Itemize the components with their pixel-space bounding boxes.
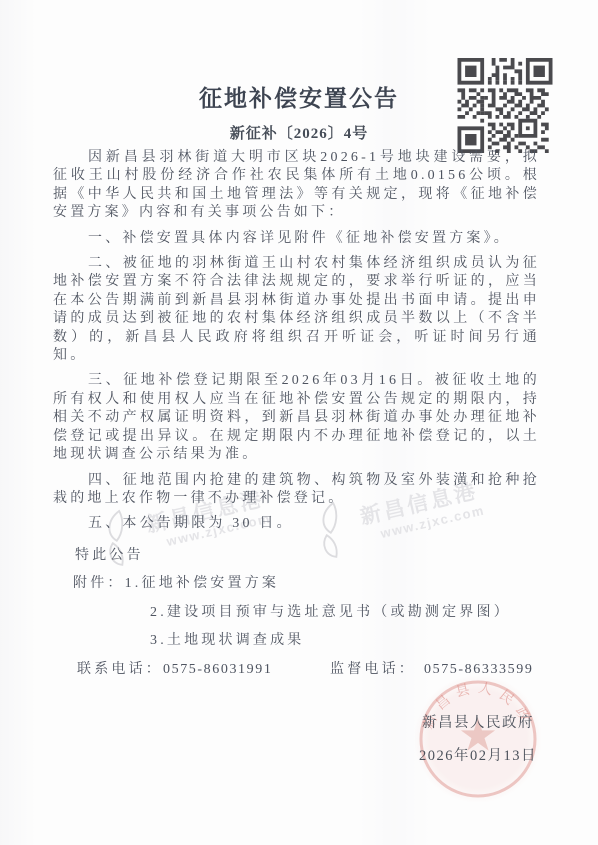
contact-phone-number: 0575-86031991 [163, 662, 272, 677]
paragraph-item-2: 二、被征地的羽林街道王山村农村集体经济组织成员认为征地补偿安置方案不符合法律法规… [53, 255, 540, 365]
attachment-3: 3.土地现状调查成果 [150, 633, 305, 648]
announcement-body: 因新昌县羽林街道大明市区块2026-1号地块建设需要，拟征收王山村股份经济合作社… [53, 149, 540, 680]
paragraph-intro: 因新昌县羽林街道大明市区块2026-1号地块建设需要，拟征收王山村股份经济合作社… [53, 149, 540, 223]
attachment-item: 3.土地现状调查成果 [150, 632, 540, 650]
issuing-authority: 新昌县人民政府 [412, 711, 544, 732]
attachments-list: 附件：1.征地补偿安置方案 2.建设项目预审与选址意见书（或勘测定界图） 3.土… [73, 575, 540, 650]
attachments-label: 附件： [73, 576, 125, 591]
supervision-phone-number: 0575-86333599 [424, 662, 533, 677]
contact-phone-label: 联系电话： [77, 662, 163, 677]
announcement-page: 征地补偿安置公告 新征补〔2026〕4号 新昌信息港 www.zjxc.com … [0, 0, 598, 845]
paragraph-item-1: 一、补偿安置具体内容详见附件《征地补偿安置方案》。 [53, 230, 540, 248]
page-title: 征地补偿安置公告 [0, 80, 598, 113]
contact-info: 联系电话：0575-86031991 监督电话：0575-86333599 [77, 661, 540, 679]
closing-statement: 特此公告 [75, 547, 540, 565]
attachment-2: 2.建设项目预审与选址意见书（或勘测定界图） [150, 605, 511, 620]
paragraph-item-3: 三、征地补偿登记期限至2026年03月16日。被征收土地的所有权人和使用权人应当… [53, 372, 540, 464]
signature-block: 新昌县人民政府 2026年02月13日 [412, 711, 544, 765]
supervision-phone-label: 监督电话： [330, 662, 416, 677]
attachment-1: 1.征地补偿安置方案 [125, 576, 280, 591]
paragraph-item-4: 四、征地范围内抢建的建筑物、构筑物及室外装潢和抢种抢栽的地上农作物一律不办理补偿… [53, 472, 540, 509]
paragraph-item-5: 五、本公告期限为 30 日。 [53, 515, 540, 533]
issue-date: 2026年02月13日 [412, 744, 544, 765]
attachment-item: 附件：1.征地补偿安置方案 [73, 575, 540, 593]
doc-number: 新征补〔2026〕4号 [0, 122, 598, 143]
attachment-item: 2.建设项目预审与选址意见书（或勘测定界图） [150, 604, 540, 622]
